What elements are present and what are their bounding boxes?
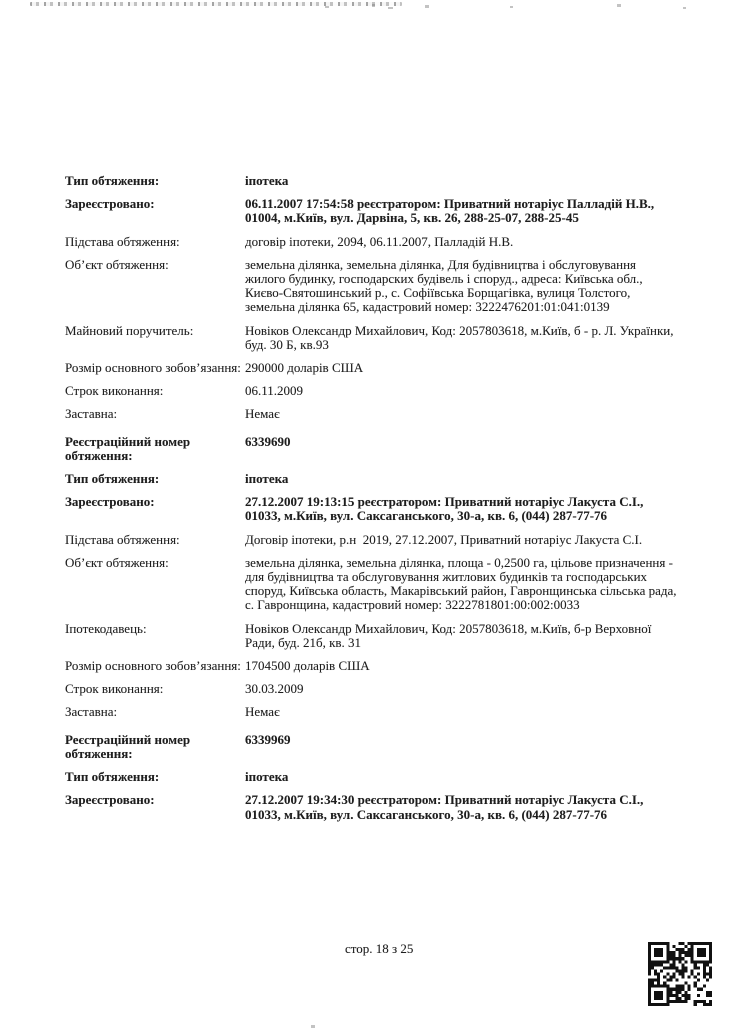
field-label: Тип обтяження: xyxy=(65,174,245,188)
field-row: Майновий поручитель: Новіков Олександр М… xyxy=(65,324,679,352)
field-row: Зареєстровано: 27.12.2007 19:13:15 реєст… xyxy=(65,495,679,523)
field-value: іпотека xyxy=(245,770,678,784)
field-row: Строк виконання: 06.11.2009 xyxy=(65,384,679,398)
field-row: Підстава обтяження: договір іпотеки, 209… xyxy=(65,235,679,249)
registry-document: Тип обтяження: іпотека Зареєстровано: 06… xyxy=(65,174,679,831)
field-value: 290000 доларів США xyxy=(245,361,678,375)
field-row: Тип обтяження: іпотека xyxy=(65,770,679,784)
field-label: Заставна: xyxy=(65,705,245,719)
field-value: 06.11.2009 xyxy=(245,384,678,398)
field-value: іпотека xyxy=(245,472,678,486)
field-label: Зареєстровано: xyxy=(65,495,245,509)
field-row: Реєстраційний номер обтяження: 6339690 xyxy=(65,435,679,463)
field-value: 1704500 доларів США xyxy=(245,659,678,673)
field-label: Розмір основного зобов’язання: xyxy=(65,659,245,673)
scan-artifact xyxy=(30,2,402,6)
field-label: Підстава обтяження: xyxy=(65,533,245,547)
scan-speck xyxy=(311,1025,315,1028)
field-row: Заставна: Немає xyxy=(65,407,679,421)
field-value: Договір іпотеки, р.н 2019, 27.12.2007, П… xyxy=(245,533,678,547)
scan-speck xyxy=(683,7,686,9)
field-value: Новіков Олександр Михайлович, Код: 20578… xyxy=(245,324,678,352)
field-value: 06.11.2007 17:54:58 реєстратором: Приват… xyxy=(245,197,678,225)
field-label: Іпотекодавець: xyxy=(65,622,245,636)
field-value: 27.12.2007 19:13:15 реєстратором: Приват… xyxy=(245,495,678,523)
field-label: Зареєстровано: xyxy=(65,197,245,211)
field-label: Майновий поручитель: xyxy=(65,324,245,338)
scan-speck xyxy=(372,4,375,7)
field-label: Об’єкт обтяження: xyxy=(65,556,245,570)
field-row: Розмір основного зобов’язання: 1704500 д… xyxy=(65,659,679,673)
field-value: 6339690 xyxy=(245,435,678,449)
field-value: земельна ділянка, земельна ділянка, Для … xyxy=(245,258,678,315)
field-row: Зареєстровано: 27.12.2007 19:34:30 реєст… xyxy=(65,793,679,821)
field-row: Зареєстровано: 06.11.2007 17:54:58 реєст… xyxy=(65,197,679,225)
field-value: Немає xyxy=(245,705,678,719)
field-row: Тип обтяження: іпотека xyxy=(65,472,679,486)
field-value: 27.12.2007 19:34:30 реєстратором: Приват… xyxy=(245,793,678,821)
field-label: Зареєстровано: xyxy=(65,793,245,807)
scan-speck xyxy=(388,7,393,9)
field-label: Строк виконання: xyxy=(65,384,245,398)
field-label: Тип обтяження: xyxy=(65,472,245,486)
field-value: 6339969 xyxy=(245,733,678,747)
field-value: 30.03.2009 xyxy=(245,682,678,696)
field-label: Розмір основного зобов’язання: xyxy=(65,361,245,375)
field-row: Тип обтяження: іпотека xyxy=(65,174,679,188)
field-value: земельна ділянка, земельна ділянка, площ… xyxy=(245,556,678,613)
field-label: Об’єкт обтяження: xyxy=(65,258,245,272)
field-row: Підстава обтяження: Договір іпотеки, р.н… xyxy=(65,533,679,547)
field-row: Розмір основного зобов’язання: 290000 до… xyxy=(65,361,679,375)
field-row: Заставна: Немає xyxy=(65,705,679,719)
field-label: Реєстраційний номер обтяження: xyxy=(65,733,245,761)
field-row: Строк виконання: 30.03.2009 xyxy=(65,682,679,696)
field-label: Підстава обтяження: xyxy=(65,235,245,249)
field-row: Іпотекодавець: Новіков Олександр Михайло… xyxy=(65,622,679,650)
field-row: Реєстраційний номер обтяження: 6339969 xyxy=(65,733,679,761)
field-value: іпотека xyxy=(245,174,678,188)
field-label: Строк виконання: xyxy=(65,682,245,696)
field-label: Тип обтяження: xyxy=(65,770,245,784)
field-row: Об’єкт обтяження: земельна ділянка, земе… xyxy=(65,556,679,613)
qr-code xyxy=(648,942,712,1006)
field-row: Об’єкт обтяження: земельна ділянка, земе… xyxy=(65,258,679,315)
scan-speck xyxy=(325,6,329,8)
field-value: Немає xyxy=(245,407,678,421)
field-value: Новіков Олександр Михайлович, Код: 20578… xyxy=(245,622,678,650)
field-value: договір іпотеки, 2094, 06.11.2007, Палла… xyxy=(245,235,678,249)
scan-speck xyxy=(617,4,621,7)
scan-speck xyxy=(510,6,513,8)
page-number: стор. 18 з 25 xyxy=(345,941,413,956)
scan-speck xyxy=(425,5,429,8)
field-label: Заставна: xyxy=(65,407,245,421)
field-rows: Тип обтяження: іпотека Зареєстровано: 06… xyxy=(65,174,679,822)
field-label: Реєстраційний номер обтяження: xyxy=(65,435,245,463)
